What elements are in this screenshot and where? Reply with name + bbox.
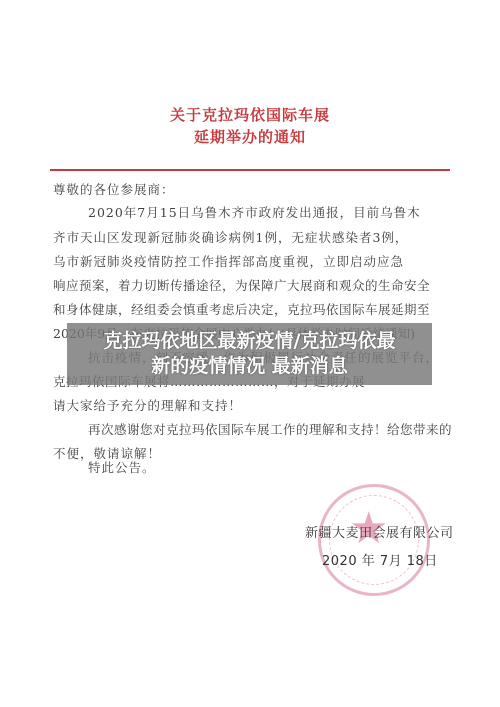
signature-company: 新疆大麦田会展有限公司 [305, 522, 454, 541]
salutation: 尊敬的各位参展商： [53, 180, 453, 198]
body-line: 和身体健康，经组委会慎重考虑后决定，克拉玛依国际车展延期至 [53, 300, 453, 318]
headline-line1: 克拉玛依地区最新疫情/克拉玛依最 [104, 329, 396, 354]
signature-date: 2020 年 7月 18日 [322, 550, 438, 569]
body-line: 请大家给予充分的理解和支持！ [53, 396, 453, 414]
notice-title-line2: 延期举办的通知 [0, 126, 500, 147]
body-line: 乌市新冠肺炎疫情防控工作指挥部高度重视，立即启动应急 [53, 252, 453, 270]
body-line: 齐市天山区发现新冠肺炎确诊病例1例，无症状感染者3例， [53, 228, 453, 246]
closing-line: 特此公告。 [88, 458, 453, 476]
headline-line2: 新的疫情情况 最新消息 [151, 354, 348, 379]
notice-title-line1: 关于克拉玛依国际车展 [0, 104, 500, 125]
body-line: 再次感谢您对克拉玛依国际车展工作的理解和支持！给您带来的 [88, 420, 453, 438]
body-line: 响应预案，着力切断传播途径，为保障广大展商和观众的生命安全 [53, 276, 453, 294]
headline-overlay-banner: 克拉玛依地区最新疫情/克拉玛依最 新的疫情情况 最新消息 [67, 323, 432, 385]
body-line: 2020年7月15日乌鲁木齐市政府发出通报，目前乌鲁木 [88, 203, 453, 221]
red-divider [50, 169, 450, 171]
